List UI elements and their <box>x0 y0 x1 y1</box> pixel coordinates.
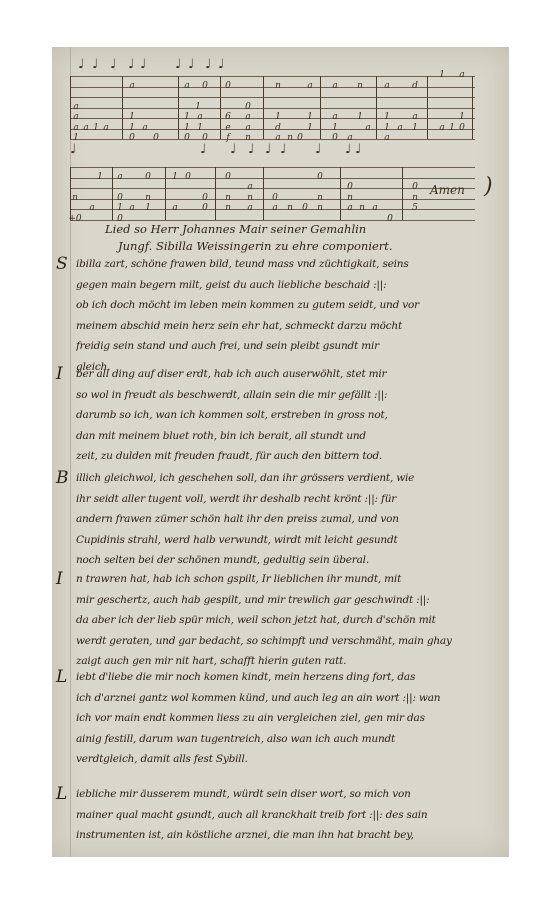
tab-fret-letter: a <box>117 173 122 182</box>
bar-line <box>178 76 179 139</box>
tab-fret-letter: d <box>412 82 418 91</box>
lyric-line: instrumenten ist, ain köstliche arznei, … <box>76 829 496 841</box>
song-heading-line-2: Jungf. Sibilla Weissingerin zu ehre comp… <box>118 239 393 253</box>
tab-fret-letter: 0 <box>387 215 393 224</box>
tab-fret-letter: 1 <box>384 124 390 133</box>
tab-fret-letter: 1 <box>307 113 313 122</box>
tab-fret-letter: a <box>197 113 202 122</box>
stanza-initial: L <box>56 784 67 804</box>
tab-course-line <box>70 220 475 221</box>
tab-fret-letter: 0 <box>202 204 208 213</box>
song-heading-line-1: Lied so Herr Johannes Mair seiner Gemahl… <box>105 222 366 236</box>
flourish-bracket: ) <box>484 174 493 199</box>
bar-line <box>320 76 321 139</box>
tab-fret-letter: 1 <box>275 113 281 122</box>
tab-fret-letter: n <box>145 194 151 203</box>
rhythm-flag: ♩ <box>70 143 76 156</box>
bar-line <box>402 167 403 220</box>
tab-fret-letter: 0 <box>459 124 465 133</box>
tab-fret-letter: 1 <box>384 113 390 122</box>
tab-fret-letter: 0 <box>202 82 208 91</box>
tab-fret-letter: a <box>384 82 389 91</box>
stanza-initial: I <box>56 364 63 384</box>
lyric-line: ihr seidt aller tugent voll, werdt ihr d… <box>76 493 496 505</box>
rhythm-flag: ♩ <box>175 58 181 71</box>
stanza-initial: I <box>56 569 63 589</box>
tab-fret-letter: 1 <box>449 124 455 133</box>
tab-fret-letter: 0 <box>412 183 418 192</box>
tab-fret-letter: 1 <box>117 204 123 213</box>
lyric-line: Cupidinis strahl, werd halb verwundt, wi… <box>76 534 496 546</box>
bar-line <box>263 76 264 139</box>
bar-line <box>215 167 216 220</box>
bar-line <box>112 167 113 220</box>
tab-fret-letter: a <box>103 124 108 133</box>
stanza-initial: B <box>56 468 69 488</box>
bar-line <box>165 167 166 220</box>
lyric-line: illich gleichwol, ich geschehen soll, da… <box>76 472 496 484</box>
lute-tablature-system-1: aaa1a1aa110a0a1101a10006ef0aann1dan0a11a… <box>70 58 475 148</box>
tab-fret-letter: 0 <box>332 134 338 143</box>
tab-fret-letter: n <box>357 82 363 91</box>
lyric-line: zeit, zu dulden mit freuden fraudt, für … <box>76 450 496 462</box>
tab-fret-letter: 0 <box>184 134 190 143</box>
tab-fret-letter: 0 <box>225 173 231 182</box>
tab-fret-letter: 0 <box>272 194 278 203</box>
rhythm-flag: ♩ <box>200 143 206 156</box>
tab-fret-letter: a <box>397 124 402 133</box>
tab-fret-letter: 0 <box>302 204 308 213</box>
rhythm-flag: ♩ <box>355 143 361 156</box>
rhythm-flag: ♩ <box>128 58 134 71</box>
lyric-line: iebt d'liebe die mir noch komen kindt, m… <box>76 671 496 683</box>
tab-fret-letter: 1 <box>129 124 135 133</box>
tab-fret-letter: n <box>72 194 78 203</box>
lyric-line: ber all ding auf diser erdt, hab ich auc… <box>76 368 496 380</box>
rhythm-flag: ♩ <box>218 58 224 71</box>
rhythm-flag: ♩ <box>92 58 98 71</box>
tab-fret-letter: a <box>332 82 337 91</box>
lyric-line: darumb so ich, wan ich kommen solt, erst… <box>76 409 496 421</box>
rhythm-flag: ♩ <box>280 143 286 156</box>
tab-course-line <box>70 97 475 98</box>
tab-course-line <box>70 178 475 179</box>
lyric-line: andern frawen zümer schön halt ihr den p… <box>76 513 496 525</box>
lyric-line: n trawren hat, hab ich schon gspilt, Ir … <box>76 573 496 585</box>
tab-fret-letter: a <box>247 204 252 213</box>
bar-line <box>220 76 221 139</box>
tab-fret-letter: a <box>372 204 377 213</box>
bar-line <box>70 167 71 220</box>
tab-fret-letter: 1 <box>145 204 151 213</box>
tab-fret-letter: n <box>225 204 231 213</box>
rhythm-flag: ♩ <box>345 143 351 156</box>
tab-fret-letter: 0 <box>317 173 323 182</box>
stanza-initial: S <box>56 254 68 274</box>
lyric-line: noch selten bei der schönen mundt, gedul… <box>76 554 496 566</box>
tab-fret-letter: a <box>73 113 78 122</box>
rhythm-flag: ♩ <box>265 143 271 156</box>
rhythm-flag: ♩ <box>230 143 236 156</box>
lyric-line: so wol in freudt als beschwerdt, allain … <box>76 389 496 401</box>
tab-fret-letter: a <box>384 134 389 143</box>
tab-fret-letter: 1 <box>357 113 363 122</box>
tab-fret-letter: a <box>307 82 312 91</box>
tab-fret-letter: a <box>89 204 94 213</box>
tab-fret-letter: 0 <box>347 183 353 192</box>
tab-fret-letter: 1 <box>307 124 313 133</box>
tab-fret-letter: 1 <box>332 124 338 133</box>
tab-fret-letter: 0 <box>185 173 191 182</box>
tab-course-line <box>70 108 475 109</box>
tab-fret-letter: 0 <box>117 194 123 203</box>
amen-flourish: Amen <box>430 183 465 197</box>
tab-fret-letter: a <box>142 124 147 133</box>
lyric-line: meinem abschid mein herz sein ehr hat, s… <box>76 320 496 332</box>
tab-fret-letter: 1 <box>195 103 201 112</box>
rhythm-flag: ♩ <box>140 58 146 71</box>
tab-fret-letter: 5 <box>412 204 418 213</box>
tab-fret-letter: n <box>247 194 253 203</box>
tab-fret-letter: n <box>275 82 281 91</box>
lute-tablature-system-2: n+0a1a010a0n110a000nnana0an00nn0nana00n5… <box>70 153 475 218</box>
tab-fret-letter: 1 <box>459 113 465 122</box>
tab-fret-letter: n <box>317 194 323 203</box>
tab-fret-letter: a <box>347 204 352 213</box>
bar-line <box>122 76 123 139</box>
bar-line <box>376 76 377 139</box>
tab-fret-letter: a <box>272 204 277 213</box>
bar-line <box>472 76 473 139</box>
tab-fret-letter: 1 <box>97 173 103 182</box>
lyric-line: dan mit meinem bluet roth, bin ich berai… <box>76 430 496 442</box>
tab-fret-letter: a <box>459 71 464 80</box>
lyric-line: da aber ich der lieb spür mich, weil sch… <box>76 614 496 626</box>
rhythm-flag: ♩ <box>248 143 254 156</box>
tab-fret-letter: a <box>332 113 337 122</box>
lyric-line: freidig sein stand und auch frei, und se… <box>76 340 496 352</box>
lyric-line: ich vor main endt kommen liess zu ain ve… <box>76 712 496 724</box>
tab-fret-letter: 0 <box>202 194 208 203</box>
tab-fret-letter: n <box>225 194 231 203</box>
rhythm-flag: ♩ <box>315 143 321 156</box>
lyric-line: ainig festill, darum wan tugentreich, al… <box>76 733 496 745</box>
rhythm-flag: ♩ <box>205 58 211 71</box>
lyric-line: mainer qual macht gsundt, auch all kranc… <box>76 809 496 821</box>
bar-line <box>340 167 341 220</box>
tab-fret-letter: n <box>287 134 293 143</box>
bar-line <box>263 167 264 220</box>
lyric-line: zaigt auch gen mir nit hart, schafft hie… <box>76 655 496 667</box>
tab-fret-letter: 1 <box>184 124 190 133</box>
tab-fret-letter: 0 <box>225 82 231 91</box>
tab-fret-letter: a <box>83 124 88 133</box>
rhythm-flag: ♩ <box>78 58 84 71</box>
tab-fret-letter: 1 <box>129 113 135 122</box>
tab-fret-letter: 1 <box>439 71 445 80</box>
tab-fret-letter: 1 <box>93 124 99 133</box>
tab-fret-letter: n <box>412 194 418 203</box>
tab-fret-letter: d <box>275 124 281 133</box>
tab-fret-letter: 0 <box>245 103 251 112</box>
tab-fret-letter: 1 <box>197 124 203 133</box>
tab-fret-letter: n <box>287 204 293 213</box>
tab-fret-letter: a <box>172 204 177 213</box>
tab-fret-letter: a <box>245 124 250 133</box>
tab-fret-letter: 1 <box>172 173 178 182</box>
tab-fret-letter: a <box>247 183 252 192</box>
tab-fret-letter: +0 <box>68 215 81 224</box>
lyric-line: gegen main begern milt, geist du auch li… <box>76 279 496 291</box>
lyric-line: ibilla zart, schöne frawen bild, teund m… <box>76 258 496 270</box>
tab-fret-letter: 0 <box>129 134 135 143</box>
tab-fret-letter: a <box>73 103 78 112</box>
stanza-initial: L <box>56 667 67 687</box>
tab-fret-letter: a <box>245 113 250 122</box>
lyric-line: iebliche mir äusserem mundt, würdt sein … <box>76 788 496 800</box>
tab-fret-letter: e <box>225 124 230 133</box>
bar-line <box>70 76 71 139</box>
tab-fret-letter: a <box>73 124 78 133</box>
tab-fret-letter: a <box>439 124 444 133</box>
tab-fret-letter: a <box>129 82 134 91</box>
tab-fret-letter: n <box>347 194 353 203</box>
tab-fret-letter: 1 <box>184 113 190 122</box>
tab-fret-letter: a <box>129 204 134 213</box>
tab-fret-letter: 1 <box>412 124 418 133</box>
lyric-line: werdt geraten, und gar bedacht, so schim… <box>76 635 496 647</box>
tab-course-line <box>70 167 475 168</box>
rhythm-flag: ♩ <box>188 58 194 71</box>
tab-fret-letter: 0 <box>297 134 303 143</box>
tab-fret-letter: 6 <box>225 113 231 122</box>
lyric-line: mir geschertz, auch hab gespilt, und mir… <box>76 594 496 606</box>
tab-fret-letter: 0 <box>153 134 159 143</box>
tab-fret-letter: n <box>317 204 323 213</box>
tab-course-line <box>70 76 475 77</box>
tab-fret-letter: n <box>359 204 365 213</box>
tab-fret-letter: a <box>412 113 417 122</box>
tab-fret-letter: 0 <box>145 173 151 182</box>
tab-fret-letter: a <box>184 82 189 91</box>
lyric-line: ich d'arznei gantz wol kommen künd, und … <box>76 692 496 704</box>
tab-fret-letter: a <box>365 124 370 133</box>
lyric-line: verdtgleich, damit alls fest Sybill. <box>76 753 496 765</box>
bar-line <box>427 76 428 139</box>
rhythm-flag: ♩ <box>110 58 116 71</box>
lyric-line: ob ich doch möcht im leben mein kommen z… <box>76 299 496 311</box>
